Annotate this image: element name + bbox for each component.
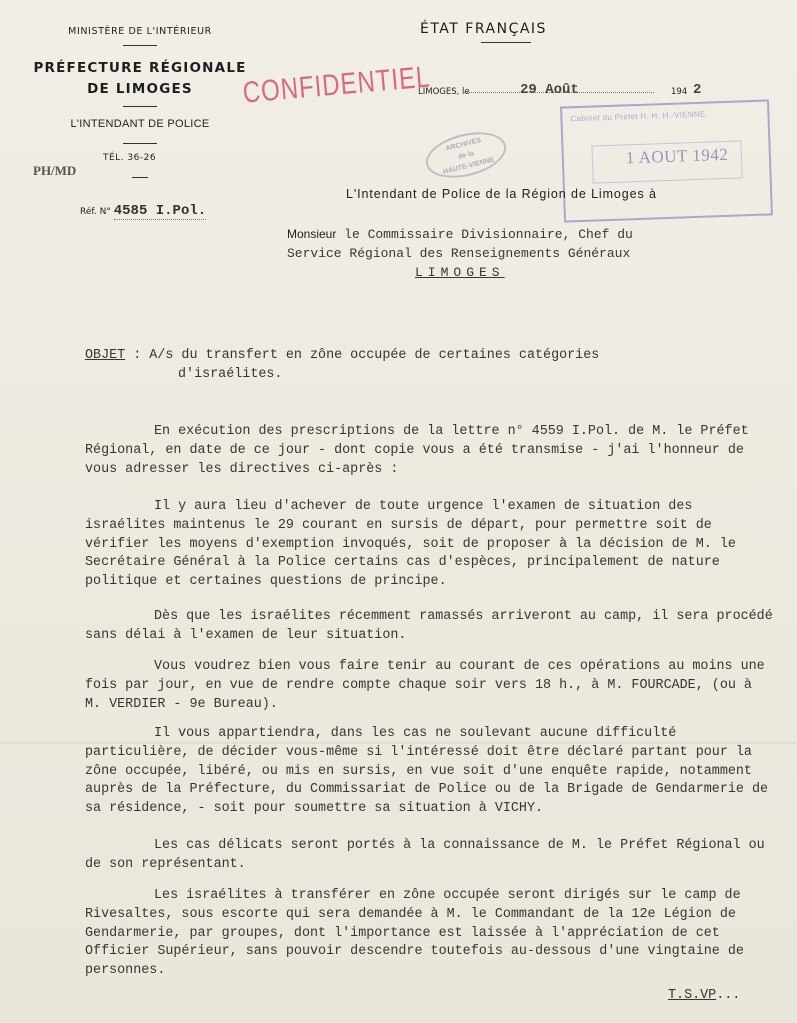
- ministry-heading: MINISTÈRE DE L'INTÉRIEUR: [20, 26, 260, 37]
- tsvp-note: T.S.VP...: [668, 988, 740, 1003]
- recipient-block: Monsieur le Commissaire Divisionnaire, C…: [287, 225, 633, 282]
- date-line: LIMOGES, le 29 Août 194 2: [418, 87, 718, 97]
- paragraph-5: Il vous appartiendra, dans les cas ne so…: [85, 725, 775, 819]
- paragraph-1: En exécution des prescriptions de la let…: [85, 423, 775, 479]
- prefecture-line-2: DE LIMOGES: [20, 79, 260, 100]
- recipient-line-2: Service Régional des Renseignements Géné…: [287, 246, 630, 261]
- place-label: LIMOGES, le: [418, 87, 470, 97]
- reception-stamp: Cabinet du Préfet H. H. H.-VIENNE 1 AOUT…: [560, 99, 773, 222]
- year-suffix: 2: [693, 82, 701, 98]
- typist-initials: PH/MD: [33, 163, 76, 179]
- reception-stamp-date: 1 AOUT 1942: [626, 145, 729, 169]
- paragraph-7: Les israélites à transférer en zône occu…: [85, 887, 775, 981]
- paragraph-3: Dès que les israélites récemment ramassé…: [85, 608, 775, 646]
- date-day: 29 Août: [520, 82, 579, 98]
- etat-francais-heading: ÉTAT FRANÇAIS: [420, 21, 547, 37]
- paragraph-text: Vous voudrez bien vous faire tenir au co…: [85, 658, 775, 714]
- divider: [20, 45, 260, 46]
- intendant-heading: L'INTENDANT DE POLICE: [20, 118, 260, 130]
- subject-text-cont: d'israélites.: [85, 366, 775, 385]
- paragraph-2: Il y aura lieu d'achever de toute urgenc…: [85, 498, 775, 592]
- recipient-city: LIMOGES: [287, 263, 633, 282]
- subject-text: : A/s du transfert en zône occupée de ce…: [125, 348, 599, 363]
- divider: [20, 143, 260, 144]
- paragraph-text: Les cas délicats seront portés à la conn…: [85, 837, 775, 875]
- reference-number: 4585 I.Pol.: [114, 203, 206, 220]
- tsvp-label: T.S.VP: [668, 988, 716, 1003]
- reference-label: Réf. N°: [80, 207, 111, 217]
- paragraph-text: Les israélites à transférer en zône occu…: [85, 887, 775, 981]
- prefecture-line-1: PRÉFECTURE RÉGIONALE: [20, 58, 260, 79]
- subject-label: OBJET: [85, 348, 125, 363]
- paragraph-text: Il y aura lieu d'achever de toute urgenc…: [85, 498, 775, 592]
- recipient-line-1: le Commissaire Divisionnaire, Chef du: [344, 227, 633, 242]
- sender-line: L'Intendant de Police de la Région de Li…: [346, 187, 657, 201]
- divider: [20, 106, 260, 107]
- reception-stamp-header: Cabinet du Préfet H. H. H.-VIENNE: [570, 110, 706, 124]
- paragraph-text: Il vous appartiendra, dans les cas ne so…: [85, 725, 775, 819]
- year-prefix: 194: [671, 87, 687, 97]
- reference: Réf. N° 4585 I.Pol.: [80, 203, 206, 219]
- paragraph-text: En exécution des prescriptions de la let…: [85, 423, 775, 479]
- paragraph-6: Les cas délicats seront portés à la conn…: [85, 837, 775, 875]
- divider: [481, 42, 531, 43]
- paragraph-4: Vous voudrez bien vous faire tenir au co…: [85, 658, 775, 714]
- paragraph-text: Dès que les israélites récemment ramassé…: [85, 608, 775, 646]
- prefecture-heading: PRÉFECTURE RÉGIONALE DE LIMOGES: [20, 58, 260, 100]
- recipient-lead: Monsieur: [287, 227, 336, 241]
- tsvp-ellipsis: ...: [716, 988, 740, 1003]
- telephone-number: TÉL. 36-26: [103, 153, 156, 163]
- subject-block: OBJET : A/s du transfert en zône occupée…: [85, 347, 775, 385]
